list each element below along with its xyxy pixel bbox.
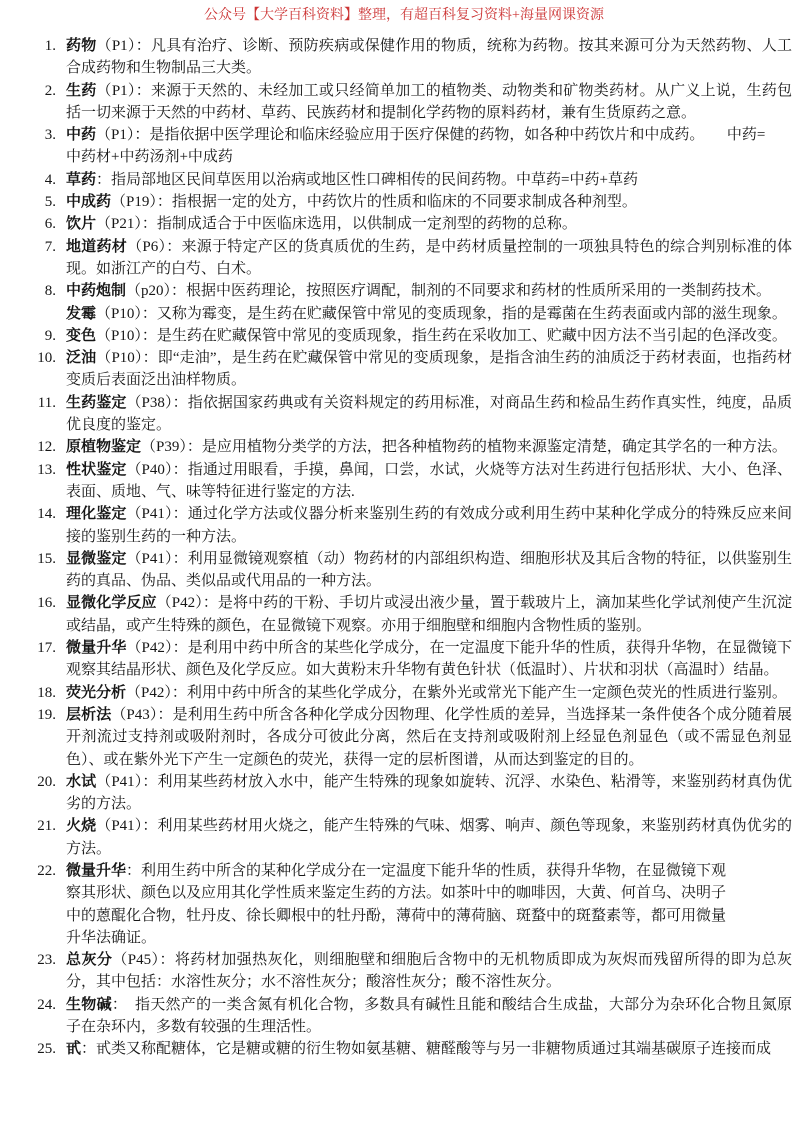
item-number: 21.: [0, 815, 56, 837]
item-term: 水试: [66, 774, 96, 790]
definition-segment: 水试（P41）：利用某些药材放入水中，能产生特殊的现象如旋转、沉浮、水染色、粘滑…: [66, 771, 792, 816]
list-item: 17. 微量升华（P42）：是利用中药中所含的某些化学成分，在一定温度下能升华的…: [0, 637, 808, 682]
list-item: 11. 生药鉴定（P38）：指依据国家药典或有关资料规定的药用标准，对商品生药和…: [0, 392, 808, 437]
item-term: 泛油: [66, 350, 96, 366]
item-term: 草药: [66, 172, 96, 188]
list-item: 19. 层析法（P43）：是利用生药中所含各种化学成分因物理、化学性质的差异，当…: [0, 704, 808, 771]
item-content: 生药鉴定（P38）：指依据国家药典或有关资料规定的药用标准，对商品生药和检品生药…: [66, 392, 792, 437]
item-definition: （P1）：是指依据中医学理论和临床经验应用于医疗保健的药物，如各种中药饮片和中成…: [66, 127, 765, 165]
definition-segment: 总灰分（P45）：将药材加强热灰化，则细胞壁和细胞后含物中的无机物质即成为灰烬而…: [66, 949, 792, 994]
item-content: 显微化学反应（P42）：是将中药的干粉、手切片或浸出液少量，置于载玻片上，滴加某…: [66, 592, 792, 637]
definition-segment: 生药鉴定（P38）：指依据国家药典或有关资料规定的药用标准，对商品生药和检品生药…: [66, 392, 792, 437]
definition-segment: 泛油（P10）：即“走油”，是生药在贮藏保管中常见的变质现象，是指含油生药的油质…: [66, 347, 792, 392]
item-definition: （P42）：是将中药的干粉、手切片或浸出液少量，置于载玻片上，滴加某些化学试剂使…: [66, 595, 792, 633]
definition-segment: 火烧（P41）：利用某些药材用火烧之，能产生特殊的气味、烟雾、响声、颜色等现象，…: [66, 815, 792, 860]
item-number: 24.: [0, 994, 56, 1016]
list-item: 7. 地道药材（P6）：来源于特定产区的货真质优的生药，是中药材质量控制的一项独…: [0, 236, 808, 281]
item-term: 原植物鉴定: [66, 439, 141, 455]
item-number: 23.: [0, 949, 56, 971]
item-number: 11.: [0, 392, 56, 414]
item-definition: （P10）：又称为霉变，是生药在贮藏保管中常见的变质现象，指的是霉菌在生药表面或…: [96, 306, 787, 322]
item-definition: （P42）：是利用中药中所含的某些化学成分，在一定温度下能升华的性质，获得升华物…: [66, 640, 792, 678]
list-item: 8. 中药炮制（p20）：根据中医药理论，按照医疗调配，制剂的不同要求和药材的性…: [0, 280, 808, 325]
item-content: 总灰分（P45）：将药材加强热灰化，则细胞壁和细胞后含物中的无机物质即成为灰烬而…: [66, 949, 792, 994]
item-content: 荧光分析（P42）：利用中药中所含的某些化学成分，在紫外光或常光下能产生一定颜色…: [66, 682, 792, 704]
definition-segment: 变色（P10）：是生药在贮藏保管中常见的变质现象，指生药在采收加工、贮藏中因方法…: [66, 325, 792, 347]
item-number: 20.: [0, 771, 56, 793]
definition-segment: 中成药（P19）：指根据一定的处方，中药饮片的性质和临床的不同要求制成各种剂型。: [66, 191, 792, 213]
item-definition: （P42）：利用中药中所含的某些化学成分，在紫外光或常光下能产生一定颜色荧光的性…: [126, 685, 787, 701]
list-item: 24. 生物碱： 指天然产的一类含氮有机化合物，多数具有碱性且能和酸结合生成盐，…: [0, 994, 808, 1039]
definition-segment: 中药炮制（p20）：根据中医药理论，按照医疗调配，制剂的不同要求和药材的性质所采…: [66, 280, 792, 302]
item-number: 2.: [0, 80, 56, 102]
item-number: 13.: [0, 459, 56, 481]
definition-segment: 发霉（P10）：又称为霉变，是生药在贮藏保管中常见的变质现象，指的是霉菌在生药表…: [66, 303, 792, 325]
item-number: 18.: [0, 682, 56, 704]
list-item: 15. 显微鉴定（P41）：利用显微镜观察植（动）物药材的内部组织构造、细胞形状…: [0, 548, 808, 593]
item-content: 性状鉴定（P40）：指通过用眼看，手摸，鼻闻，口尝，水试，火烧等方法对生药进行包…: [66, 459, 792, 504]
list-item: 14. 理化鉴定（P41）：通过化学方法或仪器分析来鉴别生药的有效成分或利用生药…: [0, 503, 808, 548]
definition-segment: 中药（P1）：是指依据中医学理论和临床经验应用于医疗保健的药物，如各种中药饮片和…: [66, 124, 792, 169]
item-content: 生药（P1）：来源于天然的、未经加工或只经简单加工的植物类、动物类和矿物类药材。…: [66, 80, 792, 125]
item-term: 发霉: [66, 306, 96, 322]
item-number: 19.: [0, 704, 56, 726]
item-definition: （P41）：通过化学方法或仪器分析来鉴别生药的有效成分或利用生药中某种化学成分的…: [66, 506, 792, 544]
item-content: 微量升华：利用生药中所含的某种化学成分在一定温度下能升华的性质，获得升华物，在显…: [66, 860, 792, 949]
item-number: 15.: [0, 548, 56, 570]
item-number: 4.: [0, 169, 56, 191]
item-term: 显微化学反应: [66, 595, 157, 611]
item-term: 中成药: [66, 194, 111, 210]
definition-segment: 药物（P1）：凡具有治疗、诊断、预防疾病或保健作用的物质，统称为药物。按其来源可…: [66, 35, 792, 80]
definition-segment: 饮片（P21）：指制成适合于中医临床选用，以供制成一定剂型的药物的总称。: [66, 213, 792, 235]
list-item: 3. 中药（P1）：是指依据中医学理论和临床经验应用于医疗保健的药物，如各种中药…: [0, 124, 808, 169]
item-number: 22.: [0, 860, 56, 882]
item-term: 甙: [66, 1041, 81, 1057]
item-term: 生药: [66, 83, 97, 99]
item-content: 微量升华（P42）：是利用中药中所含的某些化学成分，在一定温度下能升华的性质，获…: [66, 637, 792, 682]
list-item: 12. 原植物鉴定（P39）：是应用植物分类学的方法，把各种植物药的植物来源鉴定…: [0, 436, 808, 458]
item-term: 总灰分: [66, 952, 112, 968]
item-number: 17.: [0, 637, 56, 659]
item-definition: （P40）：指通过用眼看，手摸，鼻闻，口尝，水试，火烧等方法对生药进行包括形状、…: [66, 462, 792, 500]
list-item: 2. 生药（P1）：来源于天然的、未经加工或只经简单加工的植物类、动物类和矿物类…: [0, 80, 808, 125]
definition-segment: 生物碱： 指天然产的一类含氮有机化合物，多数具有碱性且能和酸结合生成盐，大部分为…: [66, 994, 792, 1039]
item-term: 火烧: [66, 818, 96, 834]
item-definition: （P41）：利用显微镜观察植（动）物药材的内部组织构造、细胞形状及其后含物的特征…: [66, 551, 792, 589]
document-page: 公众号【大学百科资料】整理，有超百科复习资料+海量网课资源 1. 药物（P1）：…: [0, 0, 808, 1122]
definition-segment: 理化鉴定（P41）：通过化学方法或仪器分析来鉴别生药的有效成分或利用生药中某种化…: [66, 503, 792, 548]
item-number: 1.: [0, 35, 56, 57]
definition-segment: 层析法（P43）：是利用生药中所含各种化学成分因物理、化学性质的差异，当选择某一…: [66, 704, 792, 771]
item-definition: （P41）：利用某些药材放入水中，能产生特殊的现象如旋转、沉浮、水染色、粘滑等，…: [66, 774, 792, 812]
item-number: 5.: [0, 191, 56, 213]
definition-segment: 原植物鉴定（P39）：是应用植物分类学的方法，把各种植物药的植物来源鉴定清楚，确…: [66, 436, 792, 458]
item-definition: ： 指天然产的一类含氮有机化合物，多数具有碱性且能和酸结合生成盐，大部分为杂环化…: [66, 997, 792, 1035]
item-number: 10.: [0, 347, 56, 369]
item-content: 中成药（P19）：指根据一定的处方，中药饮片的性质和临床的不同要求制成各种剂型。: [66, 191, 792, 213]
item-term: 显微鉴定: [66, 551, 126, 567]
list-item: 6. 饮片（P21）：指制成适合于中医临床选用，以供制成一定剂型的药物的总称。: [0, 213, 808, 235]
definition-segment: 甙：甙类又称配糖体，它是糖或糖的衍生物如氨基糖、糖醛酸等与另一非糖物质通过其端基…: [66, 1038, 792, 1060]
item-number: 25.: [0, 1038, 56, 1060]
list-item: 5. 中成药（P19）：指根据一定的处方，中药饮片的性质和临床的不同要求制成各种…: [0, 191, 808, 213]
item-term: 性状鉴定: [66, 462, 126, 478]
list-item: 25. 甙：甙类又称配糖体，它是糖或糖的衍生物如氨基糖、糖醛酸等与另一非糖物质通…: [0, 1038, 808, 1060]
item-definition: （P41）：利用某些药材用火烧之，能产生特殊的气味、烟雾、响声、颜色等现象，来鉴…: [66, 818, 792, 856]
item-number: 6.: [0, 213, 56, 235]
item-definition: （P1）：来源于天然的、未经加工或只经简单加工的植物类、动物类和矿物类药材。从广…: [66, 83, 792, 121]
definition-segment: 微量升华（P42）：是利用中药中所含的某些化学成分，在一定温度下能升华的性质，获…: [66, 637, 792, 682]
item-definition: （P1）：凡具有治疗、诊断、预防疾病或保健作用的物质，统称为药物。按其来源可分为…: [66, 38, 792, 76]
item-definition: （P19）：指根据一定的处方，中药饮片的性质和临床的不同要求制成各种剂型。: [111, 194, 637, 210]
list-item: 22. 微量升华：利用生药中所含的某种化学成分在一定温度下能升华的性质，获得升华…: [0, 860, 808, 949]
item-definition: （P10）：是生药在贮藏保管中常见的变质现象，指生药在采收加工、贮藏中因方法不当…: [96, 328, 787, 344]
item-number: 16.: [0, 592, 56, 614]
list-item: 20. 水试（P41）：利用某些药材放入水中，能产生特殊的现象如旋转、沉浮、水染…: [0, 771, 808, 816]
item-number: 14.: [0, 503, 56, 525]
item-content: 原植物鉴定（P39）：是应用植物分类学的方法，把各种植物药的植物来源鉴定清楚，确…: [66, 436, 792, 458]
item-term: 理化鉴定: [66, 506, 126, 522]
item-content: 药物（P1）：凡具有治疗、诊断、预防疾病或保健作用的物质，统称为药物。按其来源可…: [66, 35, 792, 80]
item-definition: （p20）：根据中医药理论，按照医疗调配，制剂的不同要求和药材的性质所采用的一类…: [126, 283, 771, 299]
item-term: 生药鉴定: [66, 395, 126, 411]
item-content: 生物碱： 指天然产的一类含氮有机化合物，多数具有碱性且能和酸结合生成盐，大部分为…: [66, 994, 792, 1039]
definition-segment: 显微鉴定（P41）：利用显微镜观察植（动）物药材的内部组织构造、细胞形状及其后含…: [66, 548, 792, 593]
item-content: 中药炮制（p20）：根据中医药理论，按照医疗调配，制剂的不同要求和药材的性质所采…: [66, 280, 792, 325]
item-content: 中药（P1）：是指依据中医学理论和临床经验应用于医疗保健的药物，如各种中药饮片和…: [66, 124, 792, 169]
item-definition: ：利用生药中所含的某种化学成分在一定温度下能升华的性质，获得升华物，在显微镜下观…: [66, 863, 726, 946]
item-definition: （P43）：是利用生药中所含各种化学成分因物理、化学性质的差异，当选择某一条件使…: [66, 707, 792, 768]
item-number: 3.: [0, 124, 56, 146]
item-term: 生物碱: [66, 997, 112, 1013]
item-term: 荧光分析: [66, 685, 126, 701]
item-number: 8.: [0, 280, 56, 302]
item-definition: ：指局部地区民间草医用以治病或地区性口碑相传的民间药物。中草药=中药+草药: [96, 172, 638, 188]
item-content: 水试（P41）：利用某些药材放入水中，能产生特殊的现象如旋转、沉浮、水染色、粘滑…: [66, 771, 792, 816]
definition-segment: 显微化学反应（P42）：是将中药的干粉、手切片或浸出液少量，置于载玻片上，滴加某…: [66, 592, 792, 637]
item-definition: （P45）：将药材加强热灰化，则细胞壁和细胞后含物中的无机物质即成为灰烬而残留所…: [66, 952, 792, 990]
item-number: 12.: [0, 436, 56, 458]
definition-segment: 荧光分析（P42）：利用中药中所含的某些化学成分，在紫外光或常光下能产生一定颜色…: [66, 682, 792, 704]
item-definition: （P10）：即“走油”，是生药在贮藏保管中常见的变质现象，是指含油生药的油质泛于…: [66, 350, 792, 388]
item-content: 饮片（P21）：指制成适合于中医临床选用，以供制成一定剂型的药物的总称。: [66, 213, 792, 235]
item-term: 地道药材: [66, 239, 127, 255]
item-definition: （P39）：是应用植物分类学的方法，把各种植物药的植物来源鉴定清楚，确定其学名的…: [141, 439, 787, 455]
item-term: 中药: [66, 127, 96, 143]
definition-segment: 草药：指局部地区民间草医用以治病或地区性口碑相传的民间药物。中草药=中药+草药: [66, 169, 792, 191]
list-item: 9. 变色（P10）：是生药在贮藏保管中常见的变质现象，指生药在采收加工、贮藏中…: [0, 325, 808, 347]
item-term: 饮片: [66, 216, 96, 232]
list-item: 18. 荧光分析（P42）：利用中药中所含的某些化学成分，在紫外光或常光下能产生…: [0, 682, 808, 704]
item-content: 地道药材（P6）：来源于特定产区的货真质优的生药，是中药材质量控制的一项独具特色…: [66, 236, 792, 281]
definition-segment: 生药（P1）：来源于天然的、未经加工或只经简单加工的植物类、动物类和矿物类药材。…: [66, 80, 792, 125]
item-definition: （P21）：指制成适合于中医临床选用，以供制成一定剂型的药物的总称。: [96, 216, 577, 232]
item-content: 变色（P10）：是生药在贮藏保管中常见的变质现象，指生药在采收加工、贮藏中因方法…: [66, 325, 792, 347]
definition-segment: 微量升华：利用生药中所含的某种化学成分在一定温度下能升华的性质，获得升华物，在显…: [66, 860, 792, 949]
item-term: 变色: [66, 328, 96, 344]
item-content: 层析法（P43）：是利用生药中所含各种化学成分因物理、化学性质的差异，当选择某一…: [66, 704, 792, 771]
definition-segment: 性状鉴定（P40）：指通过用眼看，手摸，鼻闻，口尝，水试，火烧等方法对生药进行包…: [66, 459, 792, 504]
list-item: 1. 药物（P1）：凡具有治疗、诊断、预防疾病或保健作用的物质，统称为药物。按其…: [0, 35, 808, 80]
item-definition: （P38）：指依据国家药典或有关资料规定的药用标准，对商品生药和检品生药作真实性…: [66, 395, 792, 433]
item-definition: （P6）：来源于特定产区的货真质优的生药，是中药材质量控制的一项独具特色的综合判…: [66, 239, 792, 277]
item-term: 微量升华: [66, 640, 126, 656]
item-term: 药物: [66, 38, 97, 54]
item-content: 甙：甙类又称配糖体，它是糖或糖的衍生物如氨基糖、糖醛酸等与另一非糖物质通过其端基…: [66, 1038, 792, 1060]
item-definition: ：甙类又称配糖体，它是糖或糖的衍生物如氨基糖、糖醛酸等与另一非糖物质通过其端基碳…: [81, 1041, 771, 1057]
item-content: 理化鉴定（P41）：通过化学方法或仪器分析来鉴别生药的有效成分或利用生药中某种化…: [66, 503, 792, 548]
item-term: 层析法: [66, 707, 111, 723]
list-item: 10. 泛油（P10）：即“走油”，是生药在贮藏保管中常见的变质现象，是指含油生…: [0, 347, 808, 392]
item-content: 显微鉴定（P41）：利用显微镜观察植（动）物药材的内部组织构造、细胞形状及其后含…: [66, 548, 792, 593]
list-item: 16. 显微化学反应（P42）：是将中药的干粉、手切片或浸出液少量，置于载玻片上…: [0, 592, 808, 637]
item-content: 火烧（P41）：利用某些药材用火烧之，能产生特殊的气味、烟雾、响声、颜色等现象，…: [66, 815, 792, 860]
item-term: 微量升华: [66, 863, 126, 879]
list-item: 23. 总灰分（P45）：将药材加强热灰化，则细胞壁和细胞后含物中的无机物质即成…: [0, 949, 808, 994]
item-number: 9.: [0, 325, 56, 347]
item-content: 草药：指局部地区民间草医用以治病或地区性口碑相传的民间药物。中草药=中药+草药: [66, 169, 792, 191]
definition-segment: 地道药材（P6）：来源于特定产区的货真质优的生药，是中药材质量控制的一项独具特色…: [66, 236, 792, 281]
item-term: 中药炮制: [66, 283, 126, 299]
definition-list: 1. 药物（P1）：凡具有治疗、诊断、预防疾病或保健作用的物质，统称为药物。按其…: [0, 35, 808, 1061]
list-item: 21. 火烧（P41）：利用某些药材用火烧之，能产生特殊的气味、烟雾、响声、颜色…: [0, 815, 808, 860]
item-number: 7.: [0, 236, 56, 258]
page-header: 公众号【大学百科资料】整理，有超百科复习资料+海量网课资源: [0, 7, 808, 25]
list-item: 4. 草药：指局部地区民间草医用以治病或地区性口碑相传的民间药物。中草药=中药+…: [0, 169, 808, 191]
list-item: 13. 性状鉴定（P40）：指通过用眼看，手摸，鼻闻，口尝，水试，火烧等方法对生…: [0, 459, 808, 504]
item-content: 泛油（P10）：即“走油”，是生药在贮藏保管中常见的变质现象，是指含油生药的油质…: [66, 347, 792, 392]
